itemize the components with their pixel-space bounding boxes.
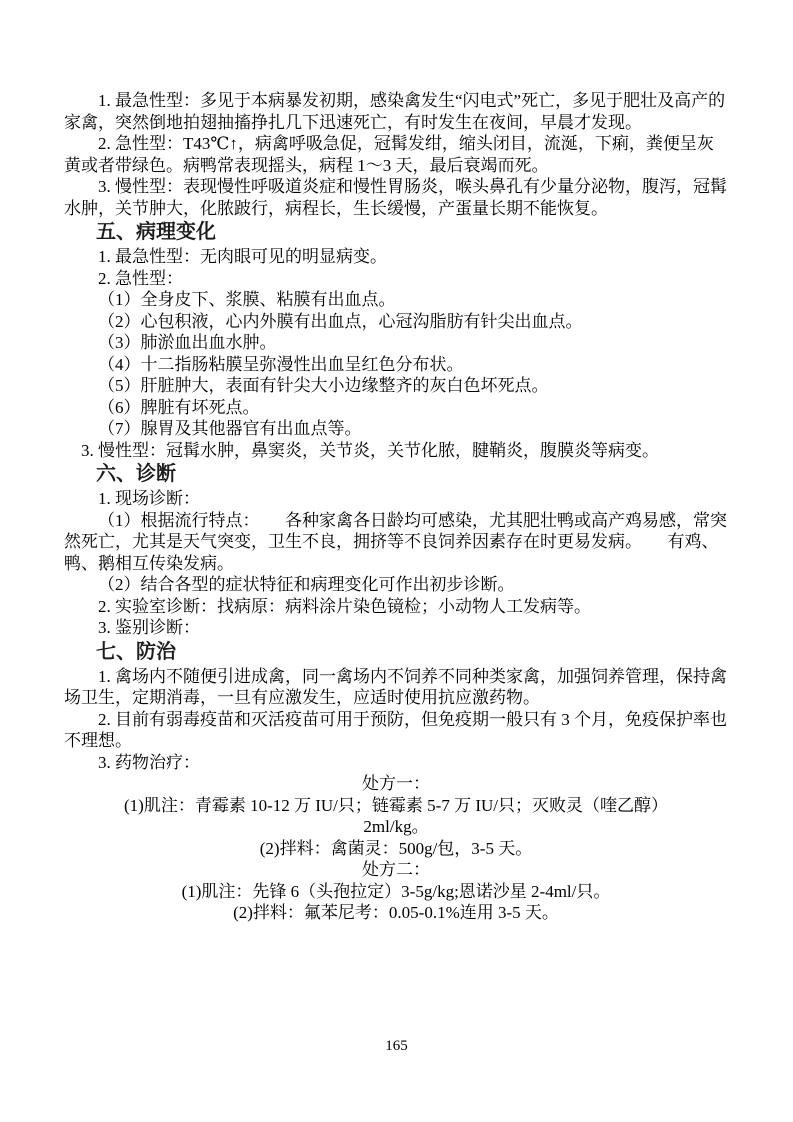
- paragraph-prevention-2: 2. 目前有弱毒疫苗和灭活疫苗可用于预防，但免疫期一般只有 3 个月，免疫保护率…: [64, 709, 728, 752]
- section-heading-pathology: 五、病理变化: [64, 219, 728, 246]
- list-item-diagnosis-1: （1）根据流行特点： 各种家禽各日龄均可感染，尤其肥壮鸭或高产鸡易感，常突然死亡…: [64, 510, 728, 575]
- list-item-pathology-5: （5）肝脏肿大，表面有针尖大小边缘整齐的灰白色坏死点。: [64, 375, 728, 397]
- document-page: 1. 最急性型：多见于本病暴发初期，感染禽发生“闪电式”死亡，多见于肥壮及高产的…: [0, 0, 793, 1122]
- prescription-2-title: 处方二：: [64, 859, 728, 881]
- prescription-1-injection-dose: 2ml/kg。: [64, 816, 728, 838]
- paragraph-pathology-chronic: 3. 慢性型：冠髯水肿，鼻窦炎，关节炎，关节化脓，腱鞘炎，腹膜炎等病变。: [64, 440, 728, 462]
- document-body: 1. 最急性型：多见于本病暴发初期，感染禽发生“闪电式”死亡，多见于肥壮及高产的…: [64, 90, 728, 924]
- list-item-pathology-2: （2）心包积液，心内外膜有出血点，心冠沟脂肪有针尖出血点。: [64, 311, 728, 333]
- prescription-1-injection: (1)肌注：青霉素 10-12 万 IU/只；链霉素 5-7 万 IU/只；灭败…: [64, 795, 728, 817]
- paragraph-pathology-acute: 2. 急性型：: [64, 268, 728, 290]
- page-number: 165: [0, 1036, 793, 1056]
- paragraph-field-diagnosis: 1. 现场诊断：: [64, 488, 728, 510]
- list-item-pathology-7: （7）腺胃及其他器官有出血点等。: [64, 418, 728, 440]
- paragraph-drug-therapy: 3. 药物治疗：: [64, 752, 728, 774]
- section-heading-prevention: 七、防治: [64, 639, 728, 666]
- paragraph-prevention-1: 1. 禽场内不随便引进成禽，同一禽场内不饲养不同种类家禽，加强饲养管理，保持禽场…: [64, 666, 728, 709]
- paragraph-symptom-chronic: 3. 慢性型：表现慢性呼吸道炎症和慢性胃肠炎，喉头鼻孔有少量分泌物，腹泻，冠髯水…: [64, 176, 728, 219]
- list-item-diagnosis-2: （2）结合各型的症状特征和病理变化可作出初步诊断。: [64, 574, 728, 596]
- paragraph-symptom-peracute: 1. 最急性型：多见于本病暴发初期，感染禽发生“闪电式”死亡，多见于肥壮及高产的…: [64, 90, 728, 133]
- prescription-2-injection: (1)肌注：先锋 6（头孢拉定）3-5g/kg;恩诺沙星 2-4ml/只。: [64, 881, 728, 903]
- prescription-1-title: 处方一：: [64, 773, 728, 795]
- prescription-1-feed: (2)拌料：禽菌灵：500g/包，3-5 天。: [64, 838, 728, 860]
- list-item-pathology-3: （3）肺淤血出血水肿。: [64, 332, 728, 354]
- list-item-pathology-6: （6）脾脏有坏死点。: [64, 397, 728, 419]
- paragraph-pathology-peracute: 1. 最急性型：无肉眼可见的明显病变。: [64, 246, 728, 268]
- list-item-pathology-4: （4）十二指肠粘膜呈弥漫性出血呈红色分布状。: [64, 354, 728, 376]
- paragraph-symptom-acute: 2. 急性型：T43℃↑，病禽呼吸急促，冠髯发绀，缩头闭目，流涎，下痢，粪便呈灰…: [64, 133, 728, 176]
- list-item-pathology-1: （1）全身皮下、浆膜、粘膜有出血点。: [64, 289, 728, 311]
- section-heading-diagnosis: 六、诊断: [64, 461, 728, 488]
- paragraph-differential: 3. 鉴别诊断：: [64, 617, 728, 639]
- prescription-2-feed: (2)拌料：氟苯尼考：0.05-0.1%连用 3-5 天。: [64, 902, 728, 924]
- paragraph-lab-diagnosis: 2. 实验室诊断：找病原：病料涂片染色镜检；小动物人工发病等。: [64, 596, 728, 618]
